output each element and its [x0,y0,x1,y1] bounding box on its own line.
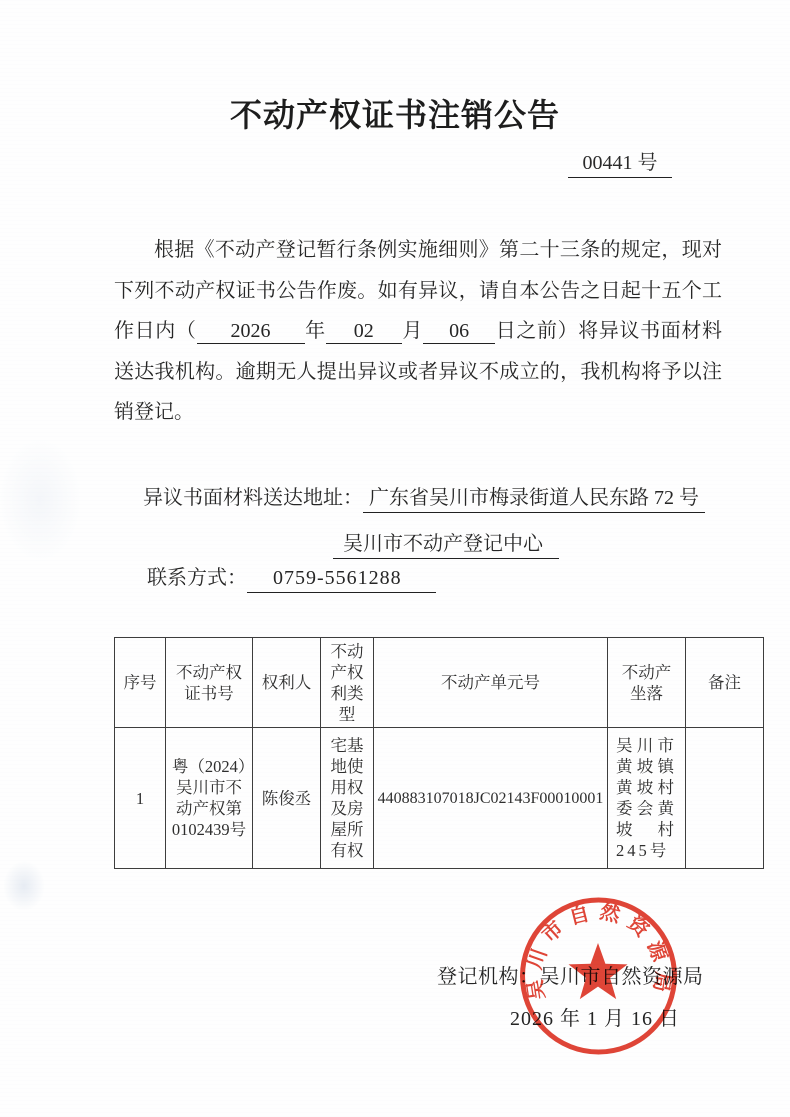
cell-unit-no: 440883107018JC02143F00010001 [374,728,608,869]
address-line-2: 吴川市不动产登记中心 [333,527,705,556]
cell-remark [686,728,764,869]
cell-cert-no: 粤（2024）吴川市不动产权第0102439号 [166,728,253,869]
contact-label: 联系方式： [147,567,247,589]
cell-seq: 1 [115,728,166,869]
address-label: 异议书面材料送达地址： [143,487,363,509]
cell-location: 吴川市黄坡镇黄坡村委会黄坡村245号 [608,728,686,869]
notice-body: 根据《不动产登记暂行条例实施细则》第二十三条的规定，现对下列不动产权证书公告作废… [114,230,722,433]
contact-block: 联系方式：0759-5561288 [147,561,436,590]
year-unit: 年 [305,320,326,342]
table-header-row: 序号 不动产权证书号 权利人 不动产权利类型 不动产单元号 不动产坐落 备注 [115,638,764,728]
header-holder: 权利人 [253,638,321,728]
table-row: 1 粤（2024）吴川市不动产权第0102439号 陈俊丞 宅基地使用权及房屋所… [115,728,764,869]
issue-date: 2026 年 1 月 16 日 [510,1002,680,1031]
address-value-1: 广东省吴川市梅录街道人民东路 72 号 [363,487,705,513]
day-blank: 06 [423,320,495,344]
contact-value: 0759-5561288 [247,567,436,593]
month-blank: 02 [326,320,402,344]
address-block: 异议书面材料送达地址：广东省吴川市梅录街道人民东路 72 号 吴川市不动产登记中… [143,481,705,556]
header-location: 不动产坐落 [608,638,686,728]
cell-right-type: 宅基地使用权及房屋所有权 [321,728,374,869]
header-right-type: 不动产权利类型 [321,638,374,728]
cancellation-table: 序号 不动产权证书号 权利人 不动产权利类型 不动产单元号 不动产坐落 备注 1… [114,637,764,869]
month-unit: 月 [402,320,423,342]
cell-holder: 陈俊丞 [253,728,321,869]
year-blank: 2026 [197,320,305,344]
header-remark: 备注 [686,638,764,728]
scanned-notice-page: 不动产权证书注销公告 00441 号 根据《不动产登记暂行条例实施细则》第二十三… [0,0,790,1117]
doc-number: 00441 号 [568,146,672,178]
header-unit-no: 不动产单元号 [374,638,608,728]
page-title: 不动产权证书注销公告 [0,90,790,136]
registration-org-line: 登记机构：吴川市自然资源局 [437,960,704,989]
address-value-2: 吴川市不动产登记中心 [333,533,559,559]
header-cert-no: 不动产权证书号 [166,638,253,728]
header-seq: 序号 [115,638,166,728]
address-line-1: 异议书面材料送达地址：广东省吴川市梅录街道人民东路 72 号 [143,481,705,510]
